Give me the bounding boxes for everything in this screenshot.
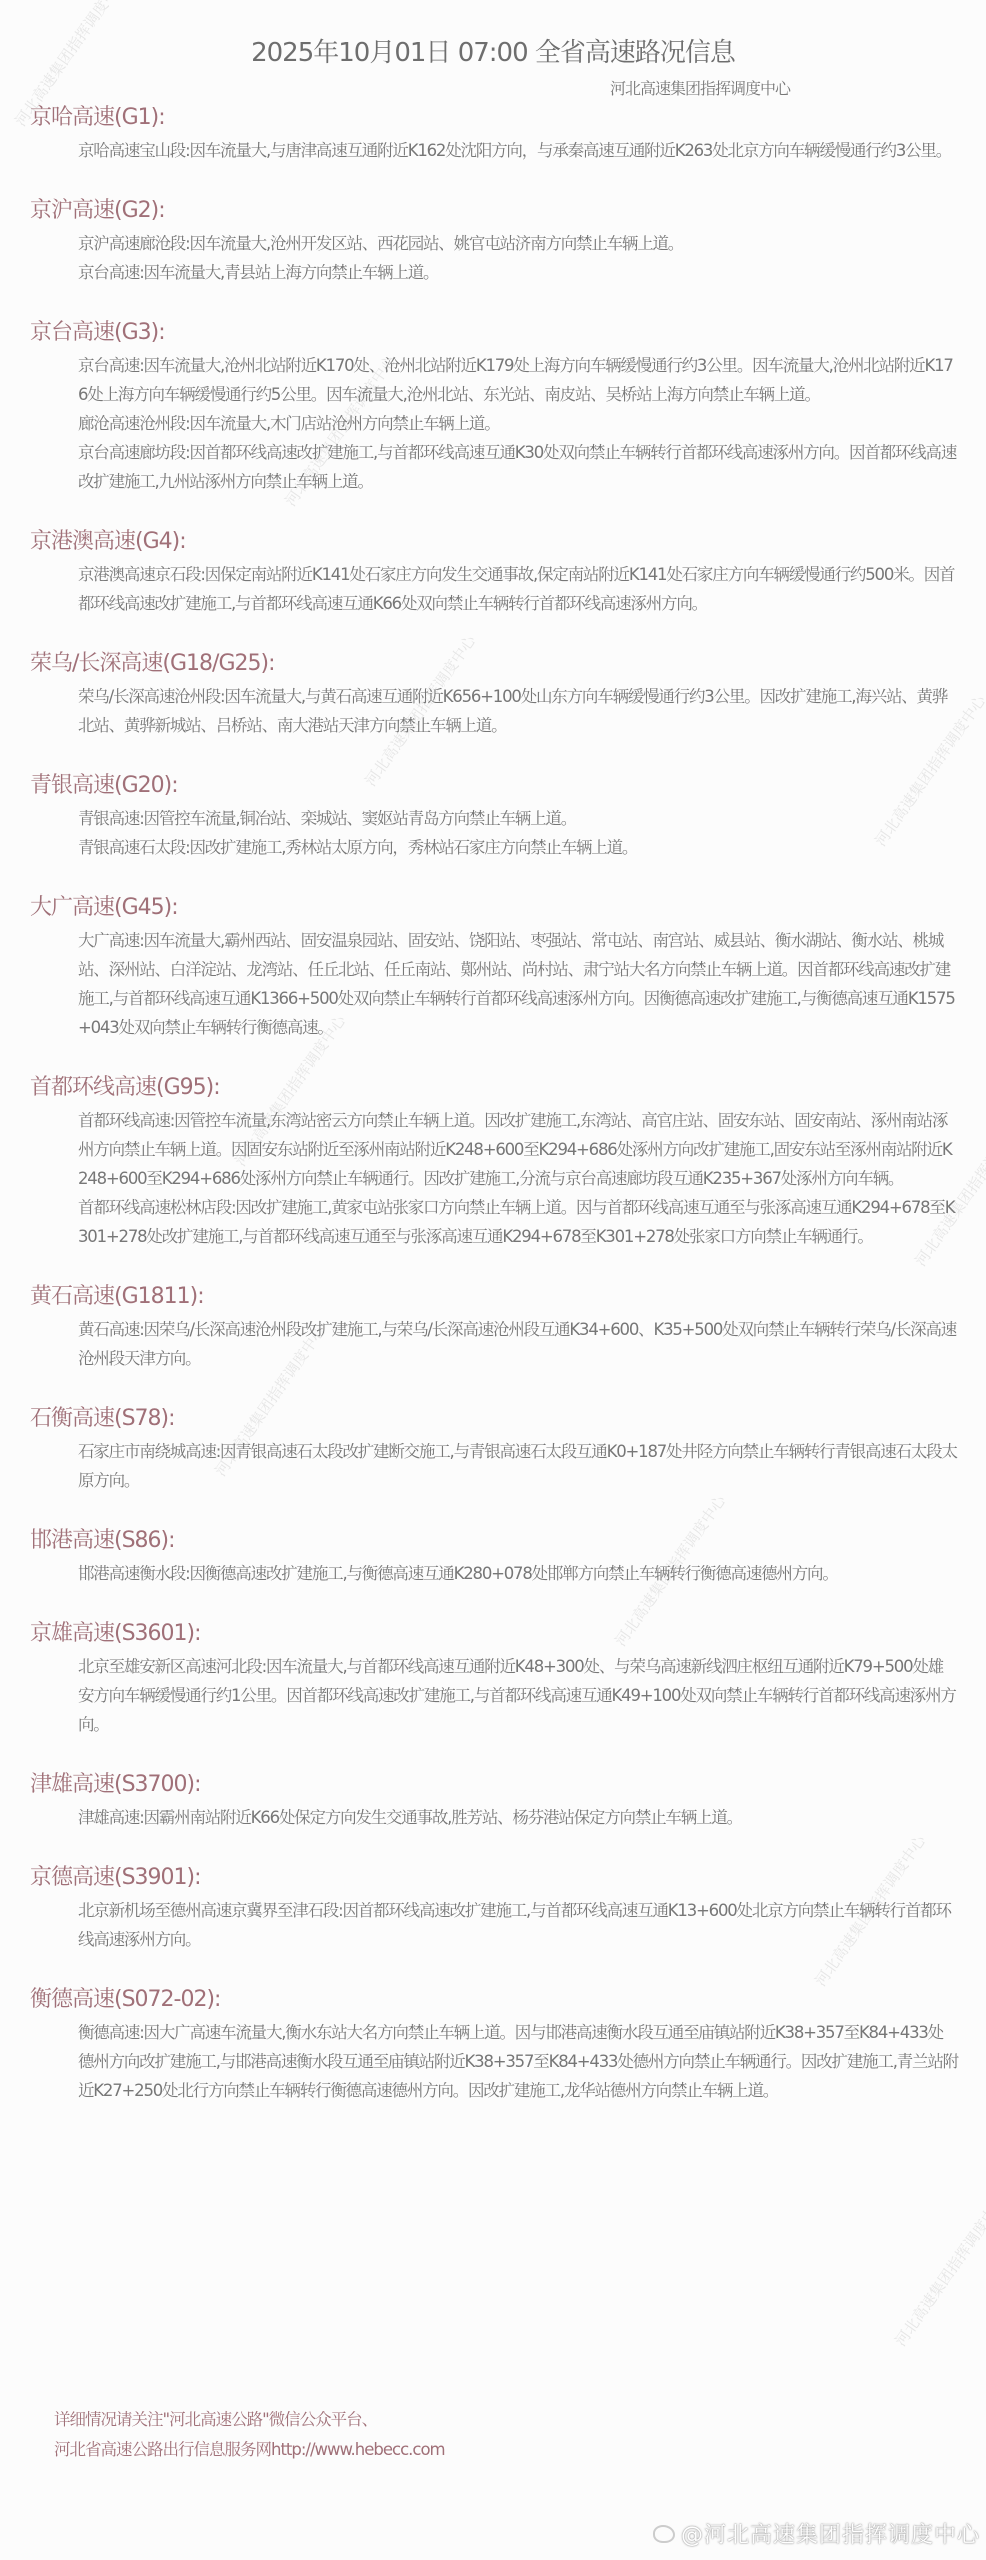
- section-paragraph: 首都环线高速:因管控车流量,东湾站密云方向禁止车辆上道。因改扩建施工,东湾站、高…: [78, 1106, 958, 1193]
- section-paragraph: 京港澳高速京石段:因保定南站附近K141处石家庄方向发生交通事故,保定南站附近K…: [78, 560, 958, 618]
- highway-section-s86: 邯港高速(S86): 邯港高速衡水段:因衡德高速改扩建施工,与衡德高速互通K28…: [0, 1523, 986, 1588]
- section-paragraph: 石家庄市南绕城高速:因青银高速石太段改扩建断交施工,与青银高速石太段互通K0+1…: [78, 1437, 958, 1495]
- section-heading: 邯港高速(S86):: [30, 1523, 986, 1559]
- section-paragraph: 黄石高速:因荣乌/长深高速沧州段改扩建施工,与荣乌/长深高速沧州段互通K34+6…: [78, 1315, 958, 1373]
- weibo-handle: @河北高速集团指挥调度中心: [681, 2518, 980, 2549]
- section-heading: 津雄高速(S3700):: [30, 1767, 986, 1803]
- footer-wechat-note: 详细情况请关注"河北高速公路"微信公众平台、: [54, 2405, 445, 2435]
- highway-sections: 京哈高速(G1): 京哈高速宝山段:因车流量大,与唐津高速互通附近K162处沈阳…: [0, 100, 986, 2133]
- highway-section-g45: 大广高速(G45): 大广高速:因车流量大,霸州西站、固安温泉园站、固安站、饶阳…: [0, 890, 986, 1042]
- section-paragraph: 京沪高速廊沧段:因车流量大,沧州开发区站、西花园站、姚官屯站济南方向禁止车辆上道…: [78, 229, 958, 258]
- section-paragraph: 北京至雄安新区高速河北段:因车流量大,与首都环线高速互通附近K48+300处、与…: [78, 1652, 958, 1739]
- section-paragraph: 首都环线高速松林店段:因改扩建施工,黄家屯站张家口方向禁止车辆上道。因与首都环线…: [78, 1193, 958, 1251]
- watermark-text: 河北高速集团指挥调度中心: [890, 2191, 986, 2351]
- section-heading: 京德高速(S3901):: [30, 1860, 986, 1896]
- section-heading: 青银高速(G20):: [30, 768, 986, 804]
- section-paragraph: 廊沧高速沧州段:因车流量大,木门店站沧州方向禁止车辆上道。: [78, 409, 958, 438]
- section-heading: 京台高速(G3):: [30, 315, 986, 351]
- section-heading: 京哈高速(G1):: [30, 100, 986, 136]
- highway-section-g95: 首都环线高速(G95): 首都环线高速:因管控车流量,东湾站密云方向禁止车辆上道…: [0, 1070, 986, 1251]
- section-heading: 京沪高速(G2):: [30, 193, 986, 229]
- section-heading: 石衡高速(S78):: [30, 1401, 986, 1437]
- section-paragraph: 津雄高速:因霸州南站附近K66处保定方向发生交通事故,胜芳站、杨芬港站保定方向禁…: [78, 1803, 958, 1832]
- weibo-watermark: @河北高速集团指挥调度中心: [653, 2518, 980, 2549]
- section-heading: 衡德高速(S072-02):: [30, 1982, 986, 2018]
- highway-section-g4: 京港澳高速(G4): 京港澳高速京石段:因保定南站附近K141处石家庄方向发生交…: [0, 524, 986, 618]
- highway-section-s3901: 京德高速(S3901): 北京新机场至德州高速京冀界至津石段:因首都环线高速改扩…: [0, 1860, 986, 1954]
- section-paragraph: 京台高速:因车流量大,青县站上海方向禁止车辆上道。: [78, 258, 958, 287]
- highway-section-g2: 京沪高速(G2): 京沪高速廊沧段:因车流量大,沧州开发区站、西花园站、姚官屯站…: [0, 193, 986, 287]
- section-paragraph: 大广高速:因车流量大,霸州西站、固安温泉园站、固安站、饶阳站、枣强站、常屯站、南…: [78, 926, 958, 1042]
- highway-section-s78: 石衡高速(S78): 石家庄市南绕城高速:因青银高速石太段改扩建断交施工,与青银…: [0, 1401, 986, 1495]
- section-heading: 荣乌/长深高速(G18/G25):: [30, 646, 986, 682]
- highway-section-g18-g25: 荣乌/长深高速(G18/G25): 荣乌/长深高速沧州段:因车流量大,与黄石高速…: [0, 646, 986, 740]
- footer-info: 详细情况请关注"河北高速公路"微信公众平台、 河北省高速公路出行信息服务网htt…: [54, 2405, 445, 2465]
- weibo-icon: [653, 2525, 675, 2543]
- section-paragraph: 青银高速:因管控车流量,铜冶站、栾城站、窦妪站青岛方向禁止车辆上道。: [78, 804, 958, 833]
- section-paragraph: 荣乌/长深高速沧州段:因车流量大,与黄石高速互通附近K656+100处山东方向车…: [78, 682, 958, 740]
- section-paragraph: 京台高速:因车流量大,沧州北站附近K170处、沧州北站附近K179处上海方向车辆…: [78, 351, 958, 409]
- section-heading: 黄石高速(G1811):: [30, 1279, 986, 1315]
- highway-section-s3700: 津雄高速(S3700): 津雄高速:因霸州南站附近K66处保定方向发生交通事故,…: [0, 1767, 986, 1832]
- highway-section-s072-02: 衡德高速(S072-02): 衡德高速:因大广高速车流量大,衡水东站大名方向禁止…: [0, 1982, 986, 2105]
- footer-website-link[interactable]: 河北省高速公路出行信息服务网http://www.hebecc.com: [54, 2435, 445, 2465]
- highway-section-g3: 京台高速(G3): 京台高速:因车流量大,沧州北站附近K170处、沧州北站附近K…: [0, 315, 986, 496]
- section-heading: 大广高速(G45):: [30, 890, 986, 926]
- section-paragraph: 京台高速廊坊段:因首都环线高速改扩建施工,与首都环线高速互通K30处双向禁止车辆…: [78, 438, 958, 496]
- traffic-bulletin-page: 河北高速集团指挥调度中心 河北高速集团指挥调度中心 河北高速集团指挥调度中心 河…: [0, 0, 986, 2560]
- section-paragraph: 京哈高速宝山段:因车流量大,与唐津高速互通附近K162处沈阳方向，与承秦高速互通…: [78, 136, 958, 165]
- section-paragraph: 衡德高速:因大广高速车流量大,衡水东站大名方向禁止车辆上道。因与邯港高速衡水段互…: [78, 2018, 958, 2105]
- highway-section-s3601: 京雄高速(S3601): 北京至雄安新区高速河北段:因车流量大,与首都环线高速互…: [0, 1616, 986, 1739]
- section-heading: 京雄高速(S3601):: [30, 1616, 986, 1652]
- section-heading: 京港澳高速(G4):: [30, 524, 986, 560]
- issuer-name: 河北高速集团指挥调度中心: [610, 76, 790, 99]
- page-title: 2025年10月01日 07:00 全省高速路况信息: [0, 32, 986, 69]
- highway-section-g1: 京哈高速(G1): 京哈高速宝山段:因车流量大,与唐津高速互通附近K162处沈阳…: [0, 100, 986, 165]
- highway-section-g20: 青银高速(G20): 青银高速:因管控车流量,铜冶站、栾城站、窦妪站青岛方向禁止…: [0, 768, 986, 862]
- section-paragraph: 北京新机场至德州高速京冀界至津石段:因首都环线高速改扩建施工,与首都环线高速互通…: [78, 1896, 958, 1954]
- highway-section-g1811: 黄石高速(G1811): 黄石高速:因荣乌/长深高速沧州段改扩建施工,与荣乌/长…: [0, 1279, 986, 1373]
- section-paragraph: 邯港高速衡水段:因衡德高速改扩建施工,与衡德高速互通K280+078处邯郸方向禁…: [78, 1559, 958, 1588]
- section-paragraph: 青银高速石太段:因改扩建施工,秀林站太原方向，秀林站石家庄方向禁止车辆上道。: [78, 833, 958, 862]
- section-heading: 首都环线高速(G95):: [30, 1070, 986, 1106]
